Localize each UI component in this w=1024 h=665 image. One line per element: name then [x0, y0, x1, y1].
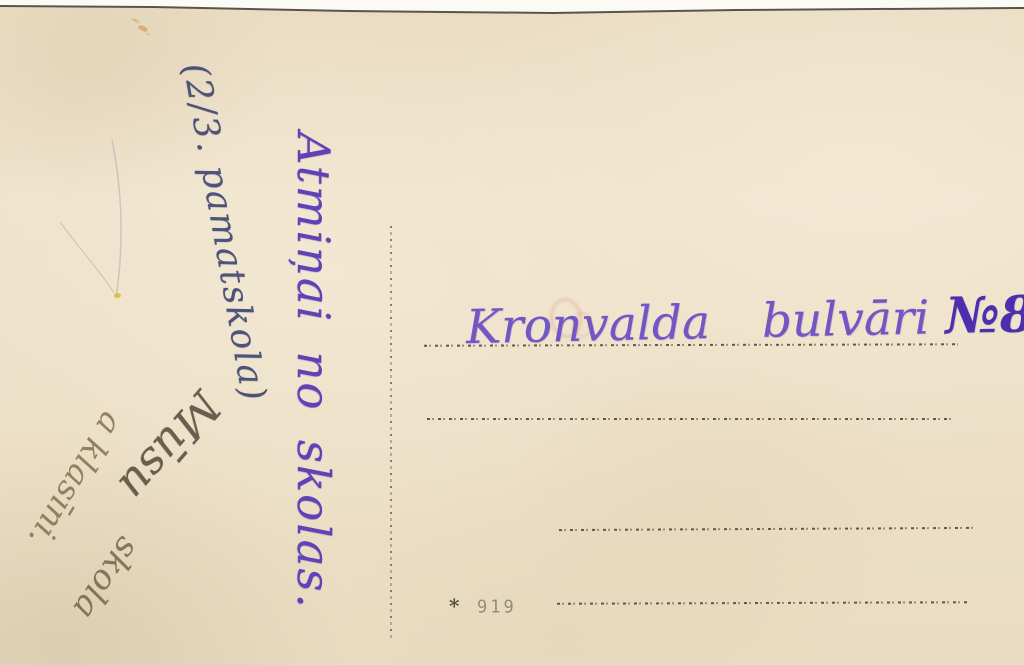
address-house-number: №8.: [945, 284, 1024, 345]
serial-number: 919: [477, 596, 517, 617]
divider-dotted-line: [390, 226, 392, 640]
yellow-stain: [114, 293, 121, 298]
memory-note: Atmiņai no skolas.: [287, 132, 340, 610]
scanned-postcard: (2/3. pamatskola) Atmiņai no skolas. Mūs…: [0, 0, 1024, 665]
address-boulevard: bulvāri: [761, 290, 930, 348]
address-ruled-line-2: [427, 418, 955, 420]
printer-mark-icon: *: [449, 594, 459, 618]
